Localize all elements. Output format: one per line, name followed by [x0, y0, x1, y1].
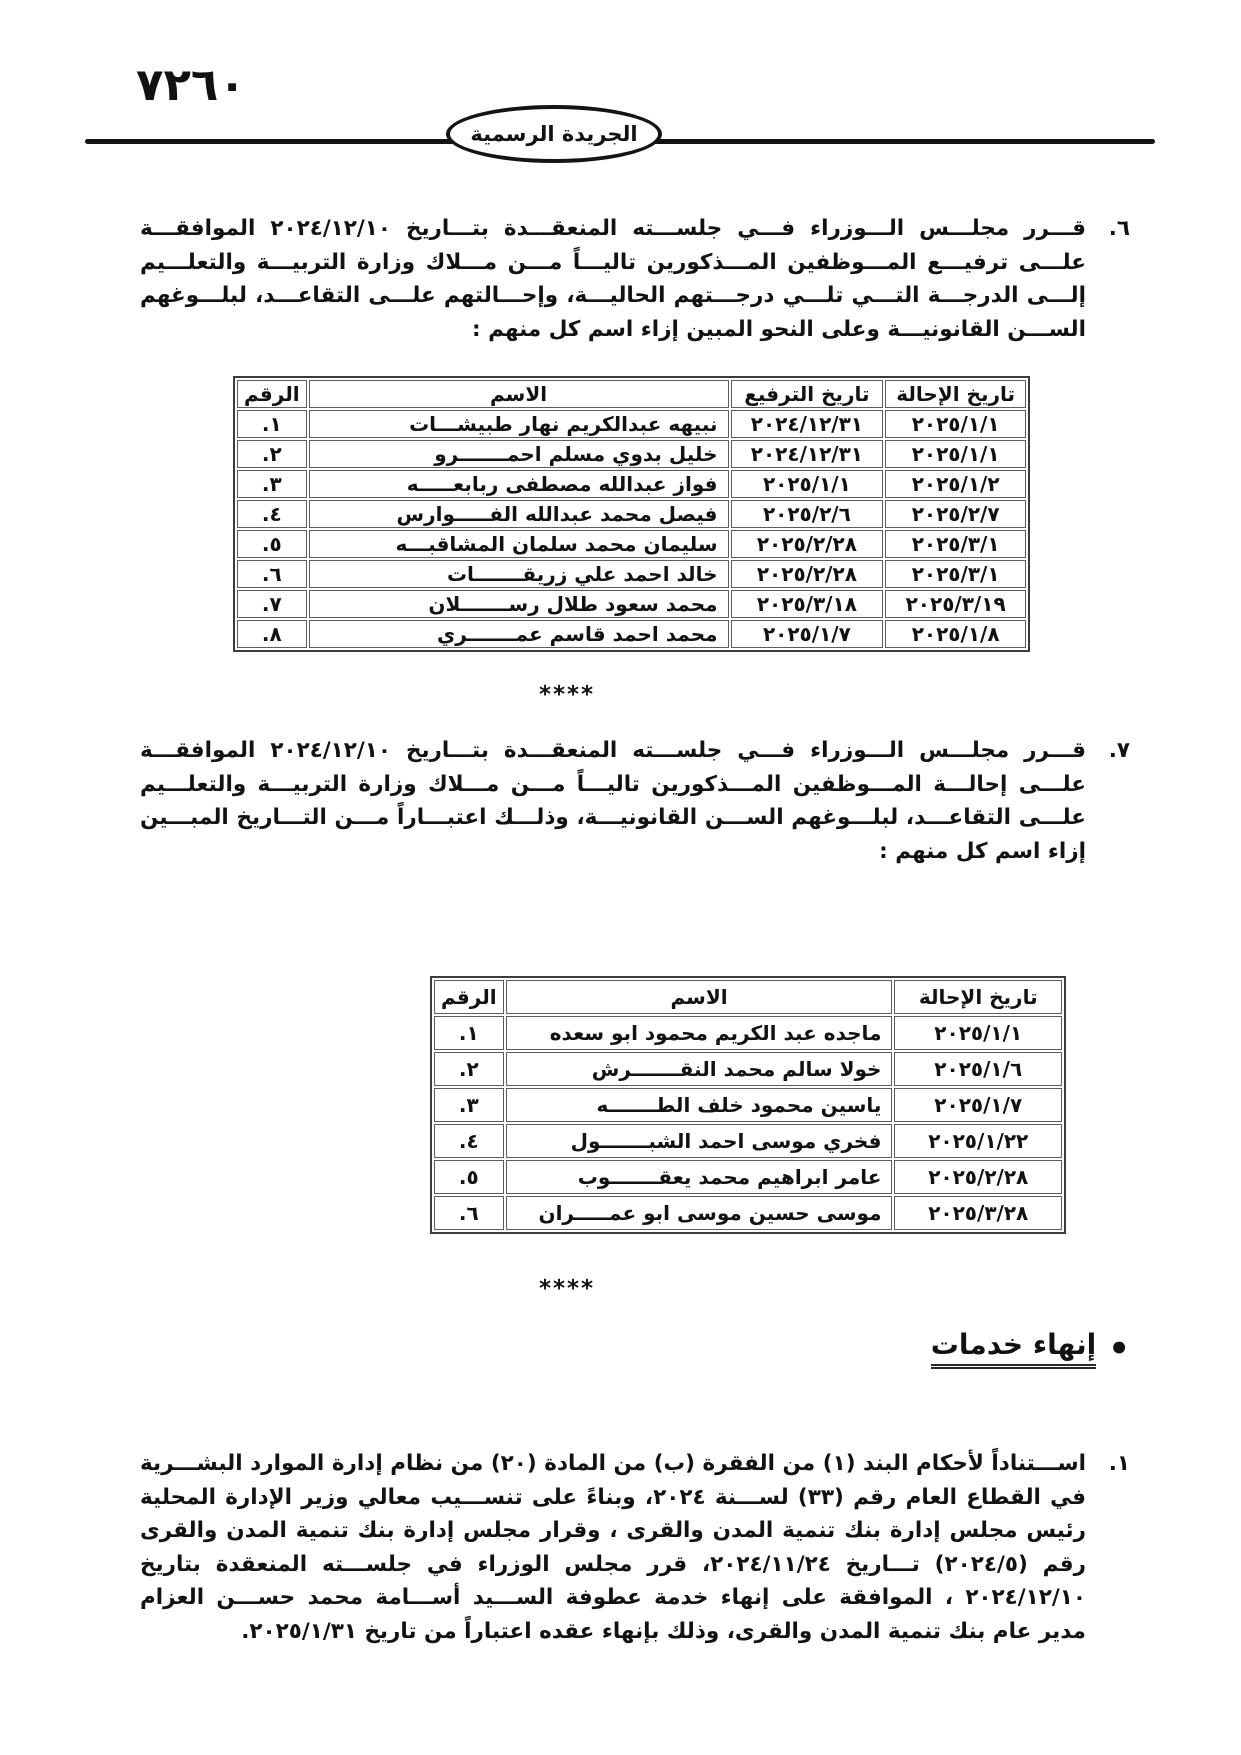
table-row: ٢٠٢٥/١/٦ خولا سالم محمد النقـــــــرش ٢. — [434, 1052, 1062, 1086]
row-number: ٥. — [237, 530, 307, 558]
col-header-name: الاسم — [309, 380, 729, 408]
employee-name: فواز عبدالله مصطفى ربابعـــــه — [309, 470, 729, 498]
row-number: ١. — [237, 410, 307, 438]
row-number: ٧. — [237, 590, 307, 618]
referral-date: ٢٠٢٥/١/١ — [885, 410, 1026, 438]
employee-name: سليمان محمد سلمان المشاقبـــه — [309, 530, 729, 558]
gazette-banner-title: الجريدة الرسمية — [470, 122, 637, 146]
item-text: قـــرر مجلـــس الـــوزراء فـــي جلســـته… — [140, 734, 1086, 868]
promotion-date: ٢٠٢٥/١/١ — [731, 470, 884, 498]
row-number: ٣. — [237, 470, 307, 498]
table-row: ٢٠٢٥/١/٢٢ فخري موسى احمد الشبـــــــول ٤… — [434, 1124, 1062, 1158]
table-row: ٢٠٢٥/٢/٧ ٢٠٢٥/٢/٦ فيصل محمد عبدالله الفـ… — [237, 500, 1026, 528]
promotion-date: ٢٠٢٥/٢/٢٨ — [731, 530, 884, 558]
referral-date: ٢٠٢٥/٣/١ — [885, 560, 1026, 588]
col-header-referral-date: تاريخ الإحالة — [885, 380, 1026, 408]
row-number: ٨. — [237, 620, 307, 648]
referral-date: ٢٠٢٥/١/١ — [894, 1016, 1062, 1050]
decision-item-6: ٦. قـــرر مجلـــس الـــوزراء فـــي جلســ… — [140, 212, 1130, 346]
promotion-date: ٢٠٢٥/١/٧ — [731, 620, 884, 648]
referral-date: ٢٠٢٥/١/٨ — [885, 620, 1026, 648]
employee-name: خالد احمد علي زريقـــــــات — [309, 560, 729, 588]
gazette-page: ٧٢٦٠ الجريدة الرسمية ٦. قـــرر مجلـــس ا… — [0, 0, 1241, 1755]
row-number: ٢. — [237, 440, 307, 468]
table-row: ٢٠٢٥/٣/١ ٢٠٢٥/٢/٢٨ سليمان محمد سلمان الم… — [237, 530, 1026, 558]
table-row: ٢٠٢٥/١/٧ ياسين محمود خلف الطـــــــه ٣. — [434, 1088, 1062, 1122]
referral-date: ٢٠٢٥/١/٢ — [885, 470, 1026, 498]
row-number: ٢. — [434, 1052, 504, 1086]
promotion-date: ٢٠٢٥/٢/٦ — [731, 500, 884, 528]
employee-name: خليل بدوي مسلم احمـــــــرو — [309, 440, 729, 468]
table-row: ٢٠٢٥/١/١ ماجده عبد الكريم محمود ابو سعده… — [434, 1016, 1062, 1050]
col-header-number: الرقم — [434, 980, 504, 1014]
gazette-banner-oval: الجريدة الرسمية — [446, 105, 662, 163]
promotion-date: ٢٠٢٤/١٢/٣١ — [731, 440, 884, 468]
table-header-row: تاريخ الإحالة تاريخ الترفيع الاسم الرقم — [237, 380, 1026, 408]
promotion-date: ٢٠٢٥/٣/١٨ — [731, 590, 884, 618]
separator-stars: **** — [539, 1276, 595, 1302]
row-number: ١. — [434, 1016, 504, 1050]
promotion-date: ٢٠٢٥/٢/٢٨ — [731, 560, 884, 588]
item-number: ٦. — [1094, 212, 1130, 346]
employee-name: نبيهه عبدالكريم نهار طبيشـــات — [309, 410, 729, 438]
table-row: ٢٠٢٥/٣/١٩ ٢٠٢٥/٣/١٨ محمد سعود طلال رســـ… — [237, 590, 1026, 618]
separator-stars: **** — [539, 682, 595, 708]
employee-name: ياسين محمود خلف الطـــــــه — [506, 1088, 893, 1122]
item-number: ٧. — [1094, 734, 1130, 868]
table-row: ٢٠٢٥/١/١ ٢٠٢٤/١٢/٣١ خليل بدوي مسلم احمــ… — [237, 440, 1026, 468]
referral-date: ٢٠٢٥/١/٢٢ — [894, 1124, 1062, 1158]
table-row: ٢٠٢٥/٢/٢٨ عامر ابراهيم محمد يعقـــــــوب… — [434, 1160, 1062, 1194]
table-header-row: تاريخ الإحالة الاسم الرقم — [434, 980, 1062, 1014]
referral-date: ٢٠٢٥/٣/١ — [885, 530, 1026, 558]
page-number: ٧٢٦٠ — [136, 58, 246, 111]
table-row: ٢٠٢٥/٣/٢٨ موسى حسين موسى ابو عمـــــران … — [434, 1196, 1062, 1230]
col-header-number: الرقم — [237, 380, 307, 408]
col-header-name: الاسم — [506, 980, 893, 1014]
row-number: ٤. — [237, 500, 307, 528]
table-row: ٢٠٢٥/١/٨ ٢٠٢٥/١/٧ محمد احمد قاسم عمـــــ… — [237, 620, 1026, 648]
referral-date: ٢٠٢٥/٢/٢٨ — [894, 1160, 1062, 1194]
table-row: ٢٠٢٥/١/١ ٢٠٢٤/١٢/٣١ نبيهه عبدالكريم نهار… — [237, 410, 1026, 438]
row-number: ٦. — [434, 1196, 504, 1230]
table-row: ٢٠٢٥/١/٢ ٢٠٢٥/١/١ فواز عبدالله مصطفى ربا… — [237, 470, 1026, 498]
item-number: ١. — [1094, 1447, 1130, 1648]
item-text: قـــرر مجلـــس الـــوزراء فـــي جلســـته… — [140, 212, 1086, 346]
col-header-referral-date: تاريخ الإحالة — [894, 980, 1062, 1014]
employee-name: خولا سالم محمد النقـــــــرش — [506, 1052, 893, 1086]
termination-item-1: ١. اســـتناداً لأحكام البند (١) من الفقر… — [140, 1447, 1130, 1648]
item-text: اســـتناداً لأحكام البند (١) من الفقرة (… — [140, 1447, 1086, 1648]
row-number: ٦. — [237, 560, 307, 588]
employee-name: موسى حسين موسى ابو عمـــــران — [506, 1196, 893, 1230]
employee-name: ماجده عبد الكريم محمود ابو سعده — [506, 1016, 893, 1050]
section-separator: **** — [140, 1276, 1130, 1302]
termination-section-heading: • إنهاء خدمات — [140, 1328, 1130, 1369]
employee-name: محمد سعود طلال رســـــــلان — [309, 590, 729, 618]
page-content: ٦. قـــرر مجلـــس الـــوزراء فـــي جلســ… — [140, 212, 1130, 1648]
retirements-table: تاريخ الإحالة الاسم الرقم ٢٠٢٥/١/١ ماجده… — [430, 976, 1066, 1234]
employee-name: فيصل محمد عبدالله الفـــــوارس — [309, 500, 729, 528]
employee-name: فخري موسى احمد الشبـــــــول — [506, 1124, 893, 1158]
referral-date: ٢٠٢٥/٢/٧ — [885, 500, 1026, 528]
referral-date: ٢٠٢٥/١/١ — [885, 440, 1026, 468]
promotions-table: تاريخ الإحالة تاريخ الترفيع الاسم الرقم … — [233, 376, 1030, 652]
decision-item-7: ٧. قـــرر مجلـــس الـــوزراء فـــي جلســ… — [140, 734, 1130, 868]
section-separator: **** — [140, 682, 1130, 708]
col-header-promotion-date: تاريخ الترفيع — [731, 380, 884, 408]
promotion-date: ٢٠٢٤/١٢/٣١ — [731, 410, 884, 438]
employee-name: محمد احمد قاسم عمـــــــري — [309, 620, 729, 648]
termination-heading-text: إنهاء خدمات — [931, 1328, 1097, 1369]
referral-date: ٢٠٢٥/٣/١٩ — [885, 590, 1026, 618]
referral-date: ٢٠٢٥/٣/٢٨ — [894, 1196, 1062, 1230]
referral-date: ٢٠٢٥/١/٧ — [894, 1088, 1062, 1122]
row-number: ٣. — [434, 1088, 504, 1122]
referral-date: ٢٠٢٥/١/٦ — [894, 1052, 1062, 1086]
row-number: ٤. — [434, 1124, 504, 1158]
employee-name: عامر ابراهيم محمد يعقـــــــوب — [506, 1160, 893, 1194]
row-number: ٥. — [434, 1160, 504, 1194]
bullet-icon: • — [1108, 1332, 1130, 1366]
table-row: ٢٠٢٥/٣/١ ٢٠٢٥/٢/٢٨ خالد احمد علي زريقـــ… — [237, 560, 1026, 588]
